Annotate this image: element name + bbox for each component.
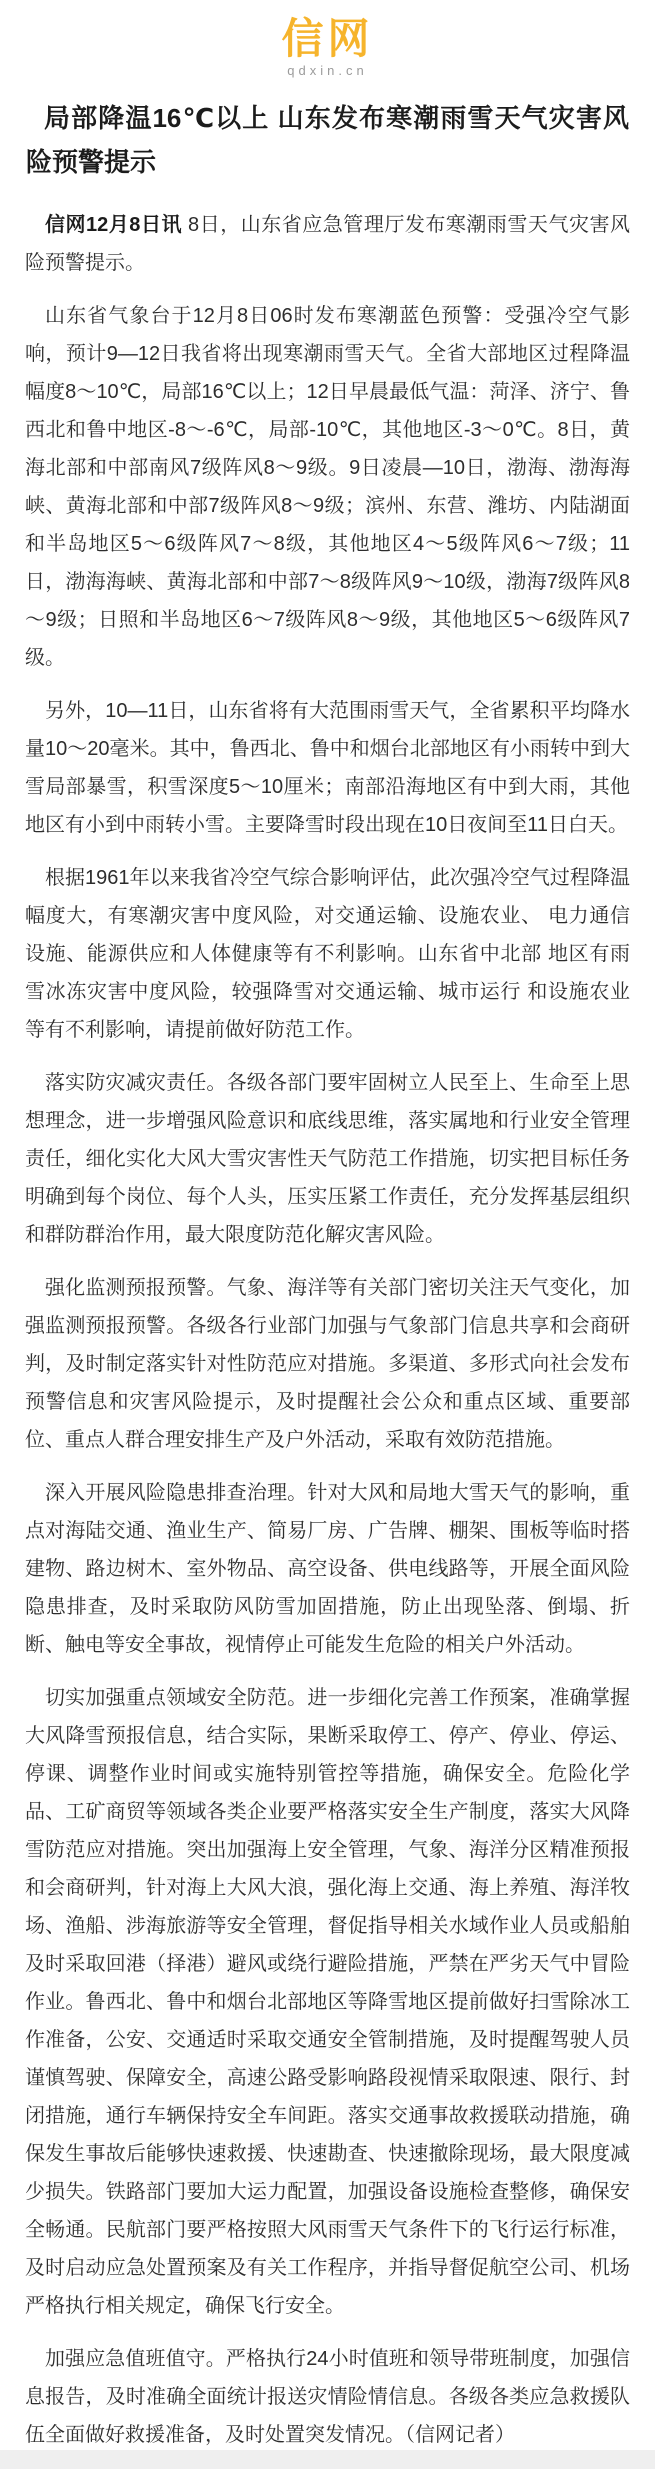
article-body: 信网12月8日讯 8日，山东省应急管理厅发布寒潮雨雪天气灾害风险预警提示。 山东…	[25, 206, 630, 2454]
article-paragraph: 深入开展风险隐患排查治理。针对大风和局地大雪天气的影响，重点对海陆交通、渔业生产…	[25, 1474, 630, 1664]
article-paragraph-lead: 信网12月8日讯 8日，山东省应急管理厅发布寒潮雨雪天气灾害风险预警提示。	[25, 206, 630, 282]
site-logo[interactable]: 信网	[281, 16, 373, 62]
article-title: 局部降温16℃以上 山东发布寒潮雨雪天气灾害风险预警提示	[26, 96, 629, 184]
article-paragraph: 另外，10—11日，山东省将有大范围雨雪天气，全省累积平均降水量10～20毫米。…	[25, 692, 630, 844]
article-paragraph: 山东省气象台于12月8日06时发布寒潮蓝色预警：受强冷空气影响，预计9—12日我…	[25, 297, 630, 677]
site-header: 信网 qdxin.cn	[0, 0, 655, 78]
dateline: 信网12月8日讯	[45, 214, 182, 236]
footer-strip	[0, 2450, 655, 2469]
article-paragraph: 强化监测预报预警。气象、海洋等有关部门密切关注天气变化，加强监测预报预警。各级各…	[25, 1269, 630, 1459]
article-page: 信网 qdxin.cn 局部降温16℃以上 山东发布寒潮雨雪天气灾害风险预警提示…	[0, 0, 655, 2469]
article-paragraph: 落实防灾减灾责任。各级各部门要牢固树立人民至上、生命至上思想理念，进一步增强风险…	[25, 1064, 630, 1254]
article-paragraph: 切实加强重点领域安全防范。进一步细化完善工作预案，准确掌握大风降雪预报信息，结合…	[25, 1679, 630, 2325]
article-paragraph: 加强应急值班值守。严格执行24小时值班和领导带班制度，加强信息报告，及时准确全面…	[25, 2340, 630, 2454]
article-paragraph: 根据1961年以来我省冷空气综合影响评估，此次强冷空气过程降温幅度大，有寒潮灾害…	[25, 859, 630, 1049]
site-domain: qdxin.cn	[0, 63, 655, 78]
